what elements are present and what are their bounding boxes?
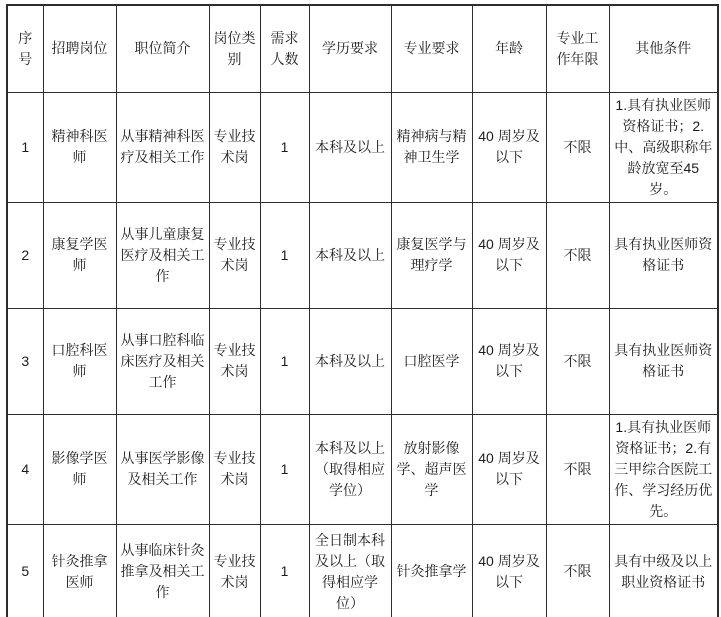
- cell-work-years: 不限: [546, 202, 609, 308]
- cell-no: 5: [7, 524, 43, 617]
- header-row: 序号 招聘岗位 职位简介 岗位类别 需求人数 学历要求 专业要求 年龄 专业工作…: [7, 5, 718, 92]
- cell-age: 40 周岁及以下: [472, 202, 546, 308]
- table-row-4: 4 影像学医师 从事医学影像及相关工作 专业技术岗 1 本科及以上（取得相应学位…: [7, 414, 718, 524]
- column-header-age: 年龄: [472, 5, 546, 92]
- cell-position: 康复学医师: [43, 202, 116, 308]
- cell-position: 针灸推拿医师: [43, 524, 116, 617]
- cell-position: 精神科医师: [43, 92, 116, 202]
- cell-work-years: 不限: [546, 92, 609, 202]
- cell-no: 4: [7, 414, 43, 524]
- cell-other: 1.具有执业医师资格证书；2.中、高级职称年龄放宽至45 岁。: [609, 92, 718, 202]
- cell-summary: 从事精神科医疗及相关工作: [116, 92, 209, 202]
- cell-position: 影像学医师: [43, 414, 116, 524]
- cell-headcount: 1: [260, 202, 309, 308]
- column-header-work-years: 专业工作年限: [546, 5, 609, 92]
- cell-no: 1: [7, 92, 43, 202]
- cell-work-years: 不限: [546, 414, 609, 524]
- cell-other: 具有执业医师资格证书: [609, 202, 718, 308]
- cell-age: 40 周岁及以下: [472, 524, 546, 617]
- cell-position: 口腔科医师: [43, 308, 116, 414]
- cell-headcount: 1: [260, 308, 309, 414]
- cell-education: 本科及以上: [309, 308, 391, 414]
- cell-work-years: 不限: [546, 308, 609, 414]
- column-header-position: 招聘岗位: [43, 5, 116, 92]
- cell-age: 40 周岁及以下: [472, 92, 546, 202]
- cell-category: 专业技术岗: [209, 308, 260, 414]
- cell-education: 全日制本科及以上（取得相应学位）: [309, 524, 391, 617]
- cell-headcount: 1: [260, 414, 309, 524]
- cell-major: 放射影像学、超声医学: [391, 414, 472, 524]
- cell-summary: 从事口腔科临床医疗及相关工作: [116, 308, 209, 414]
- cell-major: 口腔医学: [391, 308, 472, 414]
- cell-major: 针灸推拿学: [391, 524, 472, 617]
- cell-major: 康复医学与理疗学: [391, 202, 472, 308]
- cell-major: 精神病与精神卫生学: [391, 92, 472, 202]
- column-header-no: 序号: [7, 5, 43, 92]
- cell-no: 3: [7, 308, 43, 414]
- cell-education: 本科及以上（取得相应学位）: [309, 414, 391, 524]
- cell-summary: 从事临床针灸推拿及相关工作: [116, 524, 209, 617]
- cell-summary: 从事医学影像及相关工作: [116, 414, 209, 524]
- cell-category: 专业技术岗: [209, 414, 260, 524]
- column-header-other: 其他条件: [609, 5, 718, 92]
- cell-work-years: 不限: [546, 524, 609, 617]
- cell-category: 专业技术岗: [209, 202, 260, 308]
- cell-summary: 从事儿童康复医疗及相关工作: [116, 202, 209, 308]
- cell-education: 本科及以上: [309, 202, 391, 308]
- table-row-3: 3 口腔科医师 从事口腔科临床医疗及相关工作 专业技术岗 1 本科及以上 口腔医…: [7, 308, 718, 414]
- cell-other: 具有中级及以上职业资格证书: [609, 524, 718, 617]
- cell-headcount: 1: [260, 524, 309, 617]
- table-row-2: 2 康复学医师 从事儿童康复医疗及相关工作 专业技术岗 1 本科及以上 康复医学…: [7, 202, 718, 308]
- cell-category: 专业技术岗: [209, 92, 260, 202]
- cell-headcount: 1: [260, 92, 309, 202]
- cell-age: 40 周岁及以下: [472, 308, 546, 414]
- column-header-summary: 职位简介: [116, 5, 209, 92]
- cell-age: 40 周岁及以下: [472, 414, 546, 524]
- table-row-5: 5 针灸推拿医师 从事临床针灸推拿及相关工作 专业技术岗 1 全日制本科及以上（…: [7, 524, 718, 617]
- table-row-1: 1 精神科医师 从事精神科医疗及相关工作 专业技术岗 1 本科及以上 精神病与精…: [7, 92, 718, 202]
- column-header-major: 专业要求: [391, 5, 472, 92]
- recruitment-table: 序号 招聘岗位 职位简介 岗位类别 需求人数 学历要求 专业要求 年龄 专业工作…: [6, 4, 719, 617]
- column-header-headcount: 需求人数: [260, 5, 309, 92]
- cell-education: 本科及以上: [309, 92, 391, 202]
- cell-category: 专业技术岗: [209, 524, 260, 617]
- page: 序号 招聘岗位 职位简介 岗位类别 需求人数 学历要求 专业要求 年龄 专业工作…: [0, 0, 721, 617]
- cell-no: 2: [7, 202, 43, 308]
- cell-other: 具有执业医师资格证书: [609, 308, 718, 414]
- cell-other: 1.具有执业医师资格证书；2.有三甲综合医院工作、学习经历优先。: [609, 414, 718, 524]
- column-header-education: 学历要求: [309, 5, 391, 92]
- column-header-category: 岗位类别: [209, 5, 260, 92]
